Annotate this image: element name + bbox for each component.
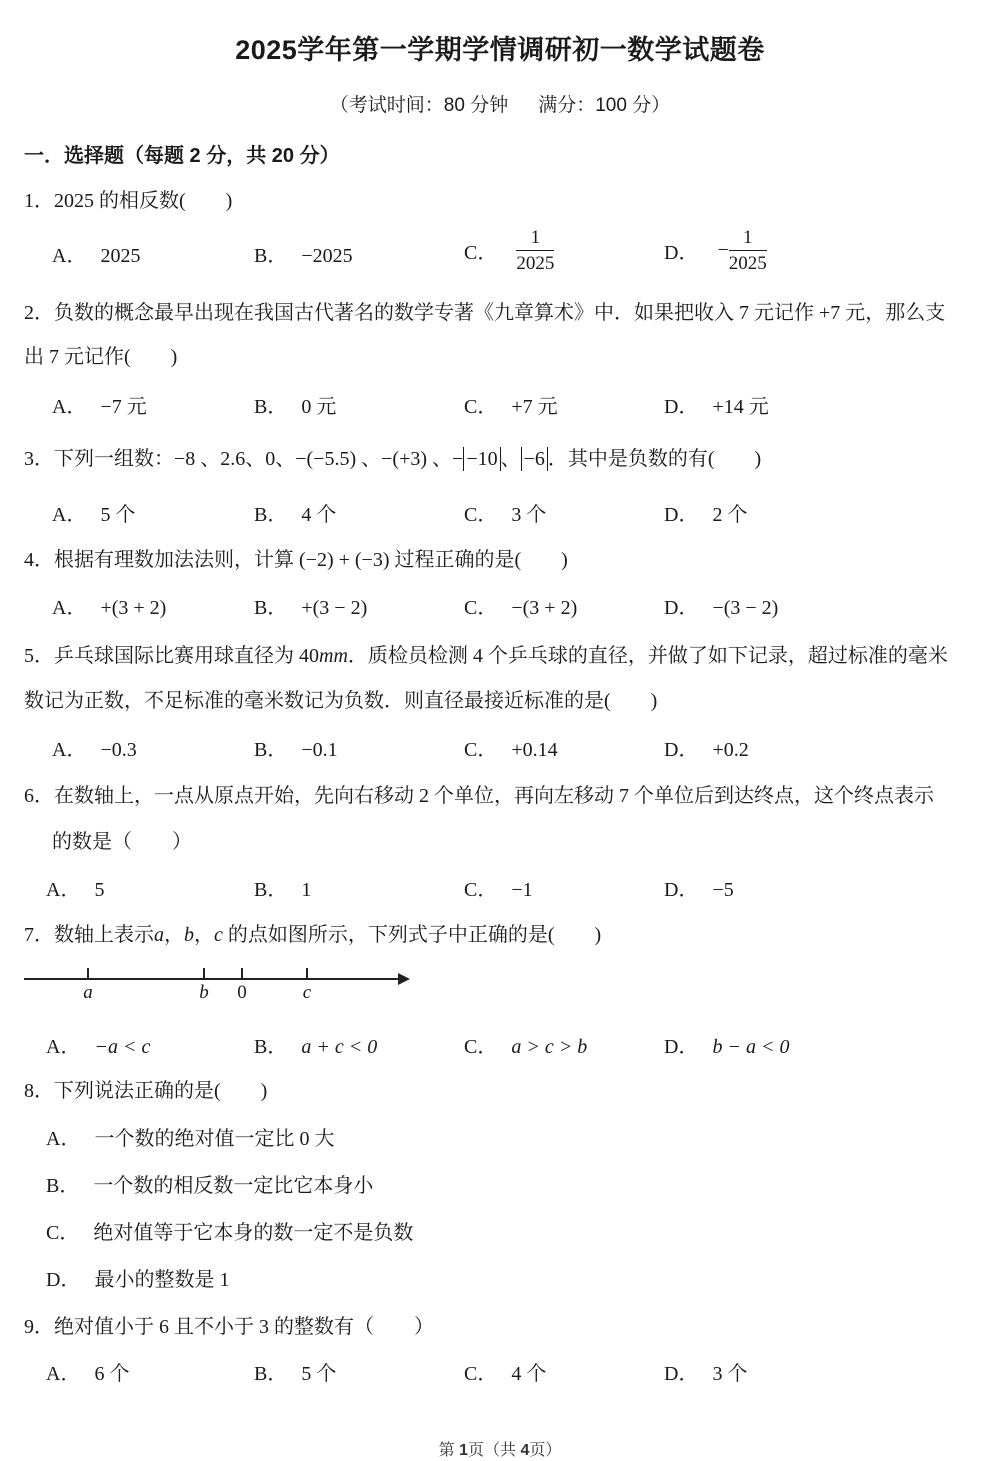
question-number: 4． <box>24 549 54 571</box>
minus-sign: − <box>717 239 728 261</box>
option-b[interactable]: B．一个数的相反数一定比它本身小 <box>46 1169 373 1198</box>
question-5-line2: 数记为正数，不足标准的毫米数记为负数．则直径最接近标准的是( ) <box>24 684 657 713</box>
option-c[interactable]: C．−1 <box>464 873 533 902</box>
question-text: 下列说法正确的是( ) <box>54 1080 267 1102</box>
option-c[interactable]: C． 12025 <box>464 228 554 273</box>
question-2-line2: 出 7 元记作( ) <box>24 340 177 369</box>
option-c[interactable]: C．−(3 + 2) <box>464 591 577 620</box>
option-d[interactable]: D．b − a < 0 <box>664 1030 789 1059</box>
question-4: 4．根据有理数加法法则，计算 (−2) + (−3) 过程正确的是( ) <box>24 543 568 572</box>
option-b[interactable]: B．−0.1 <box>254 733 338 762</box>
question-number: 3． <box>24 448 54 470</box>
option-a[interactable]: A．一个数的绝对值一定比 0 大 <box>46 1122 334 1151</box>
arrow-right-icon <box>398 973 410 985</box>
fraction: 12025 <box>516 228 554 273</box>
number-line-axis <box>24 978 400 980</box>
option-a[interactable]: A．6 个 <box>46 1357 129 1386</box>
label-a: a <box>83 982 93 1004</box>
unit-mm: mm <box>319 645 348 667</box>
option-c[interactable]: C．绝对值等于它本身的数一定不是负数 <box>46 1216 413 1245</box>
tick-c <box>306 968 308 979</box>
option-a[interactable]: A．5 个 <box>52 498 135 527</box>
tick-zero <box>241 968 243 979</box>
label-zero: 0 <box>237 982 247 1004</box>
fraction: 12025 <box>729 228 767 273</box>
option-c[interactable]: C．3 个 <box>464 498 546 527</box>
current-page: 1 <box>459 1442 468 1459</box>
section-heading: 一．选择题（每题 2 分，共 20 分） <box>24 139 340 168</box>
question-2: 2．负数的概念最早出现在我国古代著名的数学专著《九章算术》中．如果把收入 7 元… <box>24 296 945 325</box>
question-6-line2: 的数是（ ） <box>52 825 192 854</box>
exam-title: 2025学年第一学期学情调研初一数学试题卷 <box>0 28 1000 67</box>
question-7: 7．数轴上表示a，b，c 的点如图所示，下列式子中正确的是( ) <box>24 918 601 947</box>
option-a[interactable]: A．2025 <box>52 239 140 268</box>
exam-duration: （考试时间：80 分钟 <box>330 95 508 116</box>
question-text: 根据有理数加法法则，计算 (−2) + (−3) 过程正确的是( ) <box>54 549 568 571</box>
total-pages: 4 <box>520 1442 529 1459</box>
question-text-line1: 负数的概念最早出现在我国古代著名的数学专著《九章算术》中．如果把收入 7 元记作… <box>54 302 945 324</box>
question-text: 2025 的相反数( ) <box>54 190 232 212</box>
option-d[interactable]: D．−(3 − 2) <box>664 591 778 620</box>
option-c[interactable]: C．+7 元 <box>464 390 558 419</box>
question-8: 8．下列说法正确的是( ) <box>24 1074 267 1103</box>
tick-a <box>87 968 89 979</box>
question-number: 5． <box>24 645 54 667</box>
absolute-value: −10 <box>463 447 500 471</box>
question-number: 8． <box>24 1080 54 1102</box>
exam-subtitle: （考试时间：80 分钟满分：100 分） <box>0 90 1000 117</box>
option-d[interactable]: D．−5 <box>664 873 734 902</box>
question-5: 5．乒乓球国际比赛用球直径为 40mm．质检员检测 4 个乒乓球的直径，并做了如… <box>24 639 948 668</box>
question-1: 1．2025 的相反数( ) <box>24 184 232 213</box>
option-d[interactable]: D．+0.2 <box>664 733 749 762</box>
absolute-value: −6 <box>521 447 548 471</box>
option-a[interactable]: A．−0.3 <box>52 733 137 762</box>
number-line-figure: a b 0 c <box>24 962 414 1012</box>
option-b[interactable]: B．0 元 <box>254 390 336 419</box>
question-number: 2． <box>24 302 54 324</box>
question-9: 9．绝对值小于 6 且不小于 3 的整数有（ ） <box>24 1310 434 1339</box>
question-number: 7． <box>24 924 54 946</box>
option-a[interactable]: A．−7 元 <box>52 390 147 419</box>
option-b[interactable]: B．4 个 <box>254 498 336 527</box>
option-b[interactable]: B．−2025 <box>254 239 353 268</box>
question-number: 6． <box>24 785 54 807</box>
exam-full-score: 满分：100 分） <box>538 95 670 116</box>
question-6: 6．在数轴上，一点从原点开始，先向右移动 2 个单位，再向左移动 7 个单位后到… <box>24 779 934 808</box>
option-d[interactable]: D． −12025 <box>664 228 767 273</box>
question-3: 3．下列一组数：−8 、2.6、0、−(−5.5) 、−(+3) 、−−10、−… <box>24 442 761 471</box>
label-c: c <box>303 982 311 1004</box>
tick-b <box>203 968 205 979</box>
option-a[interactable]: A．+(3 + 2) <box>52 591 166 620</box>
option-d[interactable]: D．最小的整数是 1 <box>46 1263 229 1292</box>
option-b[interactable]: B．+(3 − 2) <box>254 591 367 620</box>
question-number: 1． <box>24 190 54 212</box>
option-d[interactable]: D．+14 元 <box>664 390 769 419</box>
option-b[interactable]: B．1 <box>254 873 311 902</box>
option-c[interactable]: C．4 个 <box>464 1357 546 1386</box>
option-a[interactable]: A．−a < c <box>46 1030 150 1059</box>
option-c[interactable]: C．a > c > b <box>464 1030 587 1059</box>
option-d[interactable]: D．3 个 <box>664 1357 747 1386</box>
question-number: 9． <box>24 1316 54 1338</box>
label-b: b <box>199 982 209 1004</box>
option-c[interactable]: C．+0.14 <box>464 733 558 762</box>
option-a[interactable]: A．5 <box>46 873 104 902</box>
option-b[interactable]: B．a + c < 0 <box>254 1030 377 1059</box>
question-text: 绝对值小于 6 且不小于 3 的整数有（ ） <box>54 1316 434 1338</box>
option-d[interactable]: D．2 个 <box>664 498 747 527</box>
option-b[interactable]: B．5 个 <box>254 1357 336 1386</box>
page-footer: 第 1页（共 4页） <box>0 1437 1000 1460</box>
